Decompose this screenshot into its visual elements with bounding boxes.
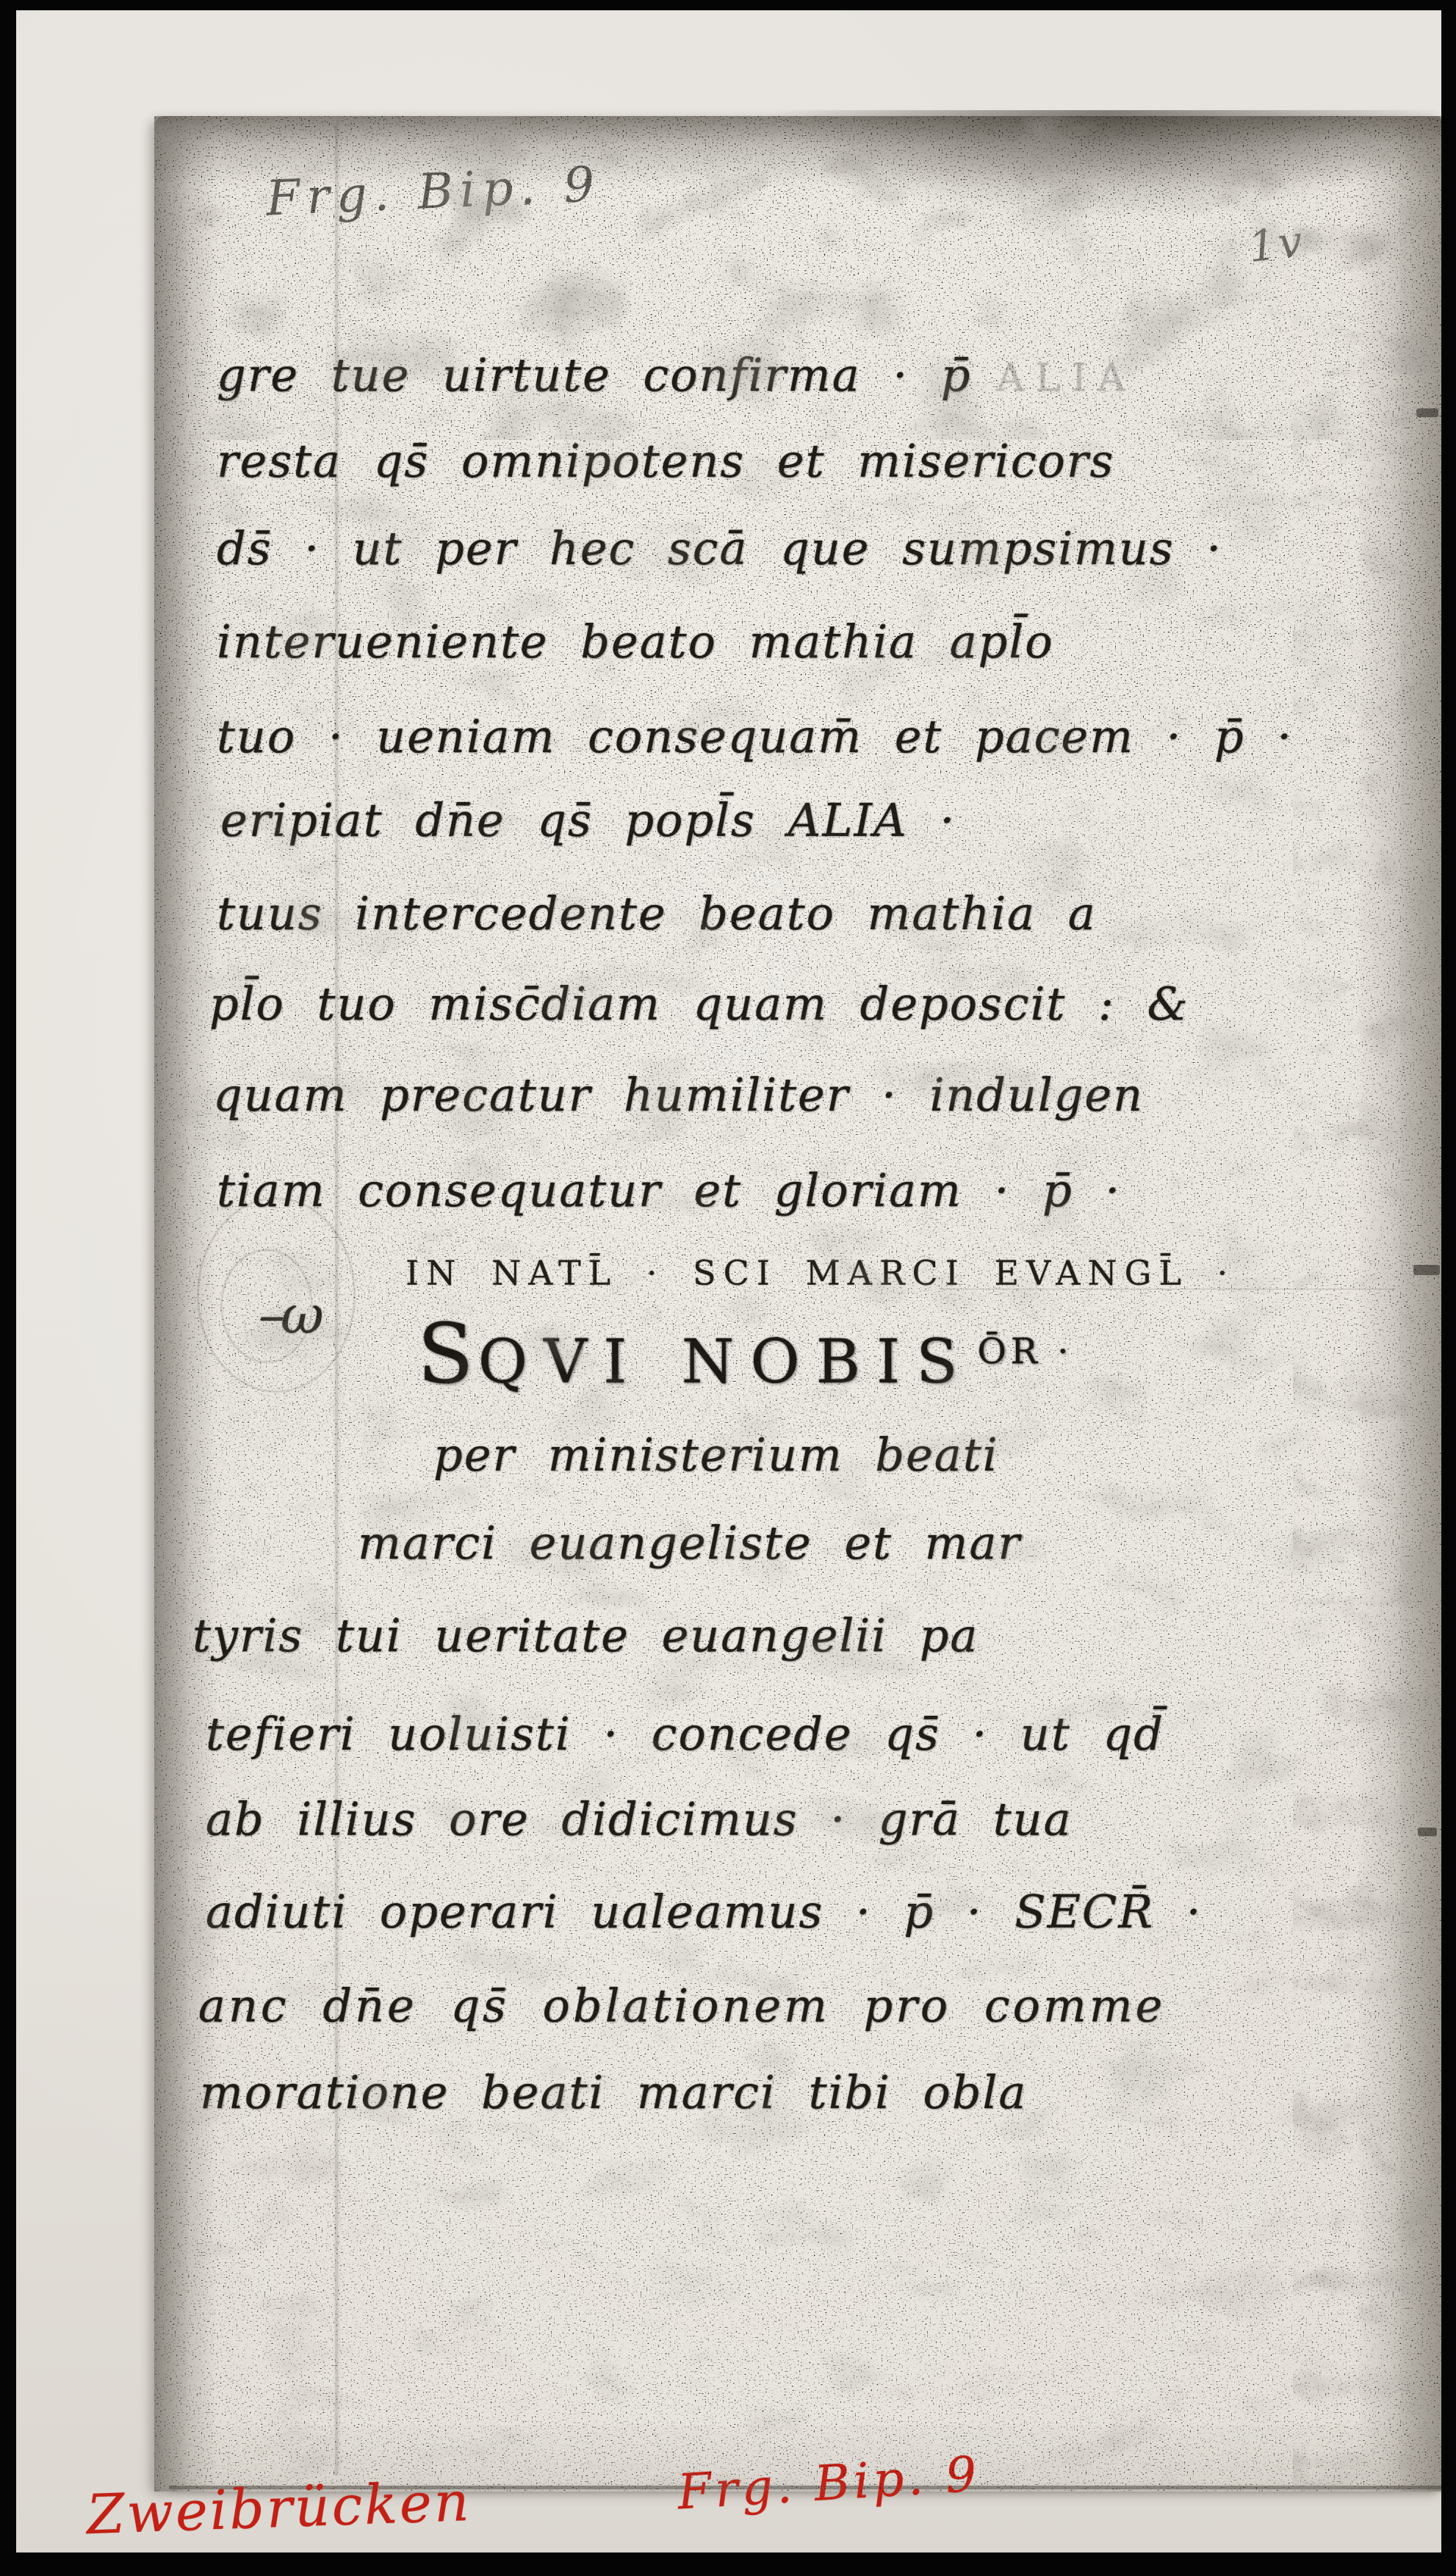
manuscript-line: ab illius ore didicimus · grā tua (206, 1797, 1073, 1842)
manuscript-line: pl̄o tuo misc̄diam quam deposcit : & (209, 981, 1189, 1027)
oratio-marker: ŌR · (978, 1331, 1073, 1372)
incipit-initial: S (417, 1307, 478, 1402)
manuscript-line: tyris tui ueritate euangelii pa (192, 1613, 979, 1659)
manuscript-line: marci euangeliste et mar (358, 1520, 1021, 1566)
binding-stitch-mark (1416, 408, 1438, 417)
manuscript-line: ds̄ · ut per hec scā que sumpsimus · (217, 526, 1222, 571)
manuscript-line: eripiat dn̄e qs̄ popl̄s ALIA · (220, 798, 956, 843)
rubric-feast-title: IN NATL̄ · SCI MARCI EVANGL̄ · (406, 1253, 1235, 1293)
faint-rubric-alia: ALIA (997, 356, 1136, 400)
incipit-body: QVI NOBIS (478, 1327, 974, 1397)
manuscript-line: per ministerium beati (433, 1432, 999, 1478)
manuscript-line: anc dn̄e qs̄ oblationem pro comme (198, 1983, 1165, 2029)
manuscript-line: tuus intercedente beato mathia a (217, 891, 1097, 937)
manuscript-line: gre tue uirtute confirma · p̄ALIA (217, 353, 1136, 398)
binding-stitch-mark (1413, 1265, 1440, 1275)
folio-mark: 1v (1246, 216, 1307, 273)
manuscript-line: tuo · ueniam consequam̄ et pacem · p̄ · (217, 714, 1293, 760)
photo-frame: Frg. Bip. 9 1v gre tue uirtute confirma … (0, 0, 1456, 2576)
manuscript-line: interueniente beato mathia apl̄o (217, 619, 1054, 665)
manuscript-line: resta qs̄ omnipotens et misericors (217, 439, 1114, 484)
rubric-marginal-flourish: –ω (259, 1284, 320, 1346)
manuscript-line: quam precatur humiliter · indulgen (213, 1072, 1144, 1118)
caption-location: Zweibrücken (86, 2470, 472, 2547)
binding-stitch-mark (1418, 1828, 1437, 1836)
manuscript-line: tiam consequatur et gloriam · p̄ · (217, 1168, 1121, 1213)
incipit-display-line: SQVI NOBIS ŌR · (417, 1313, 1073, 1396)
manuscript-line: adiuti operari ualeamus · p̄ · SECR̄ · (206, 1889, 1202, 1935)
line-text: gre tue uirtute confirma · p̄ (217, 348, 972, 402)
manuscript-line: moratione beati marci tibi obla (200, 2070, 1027, 2115)
manuscript-line: tefieri uoluisti · concede qs̄ · ut qd̄ (206, 1711, 1164, 1757)
